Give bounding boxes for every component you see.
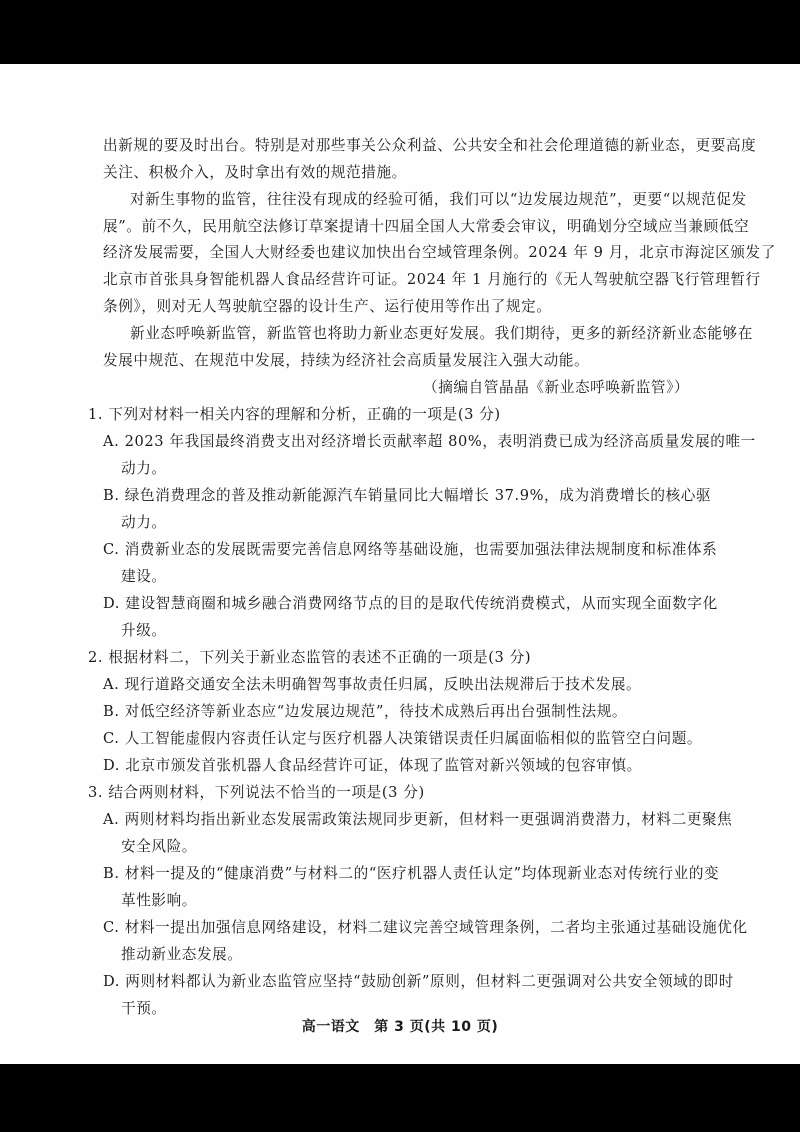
q1-option-a-cont: 动力。	[121, 459, 167, 479]
q3-option-d: D. 两则材料都认为新业态监管应坚持“鼓励创新”原则，但材料二更强调对公共安全领…	[103, 972, 734, 992]
q1-option-c-cont: 建设。	[121, 567, 167, 587]
question-3-stem: 3. 结合两则材料，下列说法不恰当的一项是(3 分)	[88, 783, 425, 803]
passage-line: 条例》，则对无人驾驶航空器的设计生产、运行使用等作出了规定。	[103, 297, 552, 317]
q1-option-b-cont: 动力。	[121, 513, 167, 533]
passage-line: 北京市首张具身智能机器人食品经营许可证。2024 年 1 月施行的《无人驾驶航空…	[103, 270, 761, 290]
q1-option-a: A. 2023 年我国最终消费支出对经济增长贡献率超 80%，表明消费已成为经济…	[103, 432, 756, 452]
q3-option-a: A. 两则材料均指出新业态发展需政策法规同步更新，但材料一更强调消费潜力，材料二…	[103, 810, 732, 830]
q3-option-a-cont: 安全风险。	[121, 837, 197, 857]
q2-option-b: B. 对低空经济等新业态应“边发展边规范”，待技术成熟后再出台强制性法规。	[103, 702, 627, 722]
passage-line: 出新规的要及时出台。特别是对那些事关公众利益、公共安全和社会伦理道德的新业态，更…	[103, 136, 756, 156]
q2-option-c: C. 人工智能虚假内容责任认定与医疗机器人决策错误责任归属面临相似的监管空白问题…	[103, 729, 702, 749]
passage-source: （摘编自管晶晶《新业态呼唤新监管》）	[423, 378, 689, 398]
q1-option-c: C. 消费新业态的发展既需要完善信息网络等基础设施，也需要加强法律法规制度和标准…	[103, 540, 717, 560]
passage-line: 发展中规范、在规范中发展，持续为经济社会高质量发展注入强大动能。	[103, 351, 589, 371]
q3-option-b-cont: 革性影响。	[121, 891, 197, 911]
passage-line: 展”。前不久，民用航空法修订草案提请十四届全国人大常委会审议，明确划分空域应当兼…	[103, 217, 749, 237]
question-1-stem: 1. 下列对材料一相关内容的理解和分析，正确的一项是(3 分)	[88, 405, 501, 425]
q2-option-a: A. 现行道路交通安全法未明确智驾事故责任归属，反映出法规滞后于技术发展。	[103, 675, 641, 695]
exam-page: 出新规的要及时出台。特别是对那些事关公众利益、公共安全和社会伦理道德的新业态，更…	[0, 64, 800, 1064]
q1-option-d-cont: 升级。	[121, 621, 167, 641]
passage-line: 关注、积极介入，及时拿出有效的规范措施。	[103, 163, 407, 183]
passage-line: 经济发展需要，全国人大财经委也建议加快出台空域管理条例。2024 年 9 月，北…	[103, 243, 776, 263]
page-footer: 高一语文 第 3 页(共 10 页)	[0, 1016, 800, 1036]
q1-option-b: B. 绿色消费理念的普及推动新能源汽车销量同比大幅增长 37.9%，成为消费增长…	[103, 486, 711, 506]
question-2-stem: 2. 根据材料二，下列关于新业态监管的表述不正确的一项是(3 分)	[88, 648, 531, 668]
q3-option-b: B. 材料一提及的“健康消费”与材料二的“医疗机器人责任认定”均体现新业态对传统…	[103, 864, 719, 884]
passage-line: 新业态呼唤新监管，新监管也将助力新业态更好发展。我们期待，更多的新经济新业态能够…	[130, 324, 753, 344]
passage-line: 对新生事物的监管，往往没有现成的经验可循，我们可以“边发展边规范”，更要“以规范…	[130, 190, 747, 210]
q3-option-c: C. 材料一提出加强信息网络建设，材料二建议完善空域管理条例，二者均主张通过基础…	[103, 918, 748, 938]
q2-option-d: D. 北京市颁发首张机器人食品经营许可证，体现了监管对新兴领域的包容审慎。	[103, 756, 642, 776]
q1-option-d: D. 建设智慧商圈和城乡融合消费网络节点的目的是取代传统消费模式，从而实现全面数…	[103, 594, 718, 614]
q3-option-c-cont: 推动新业态发展。	[121, 945, 243, 965]
